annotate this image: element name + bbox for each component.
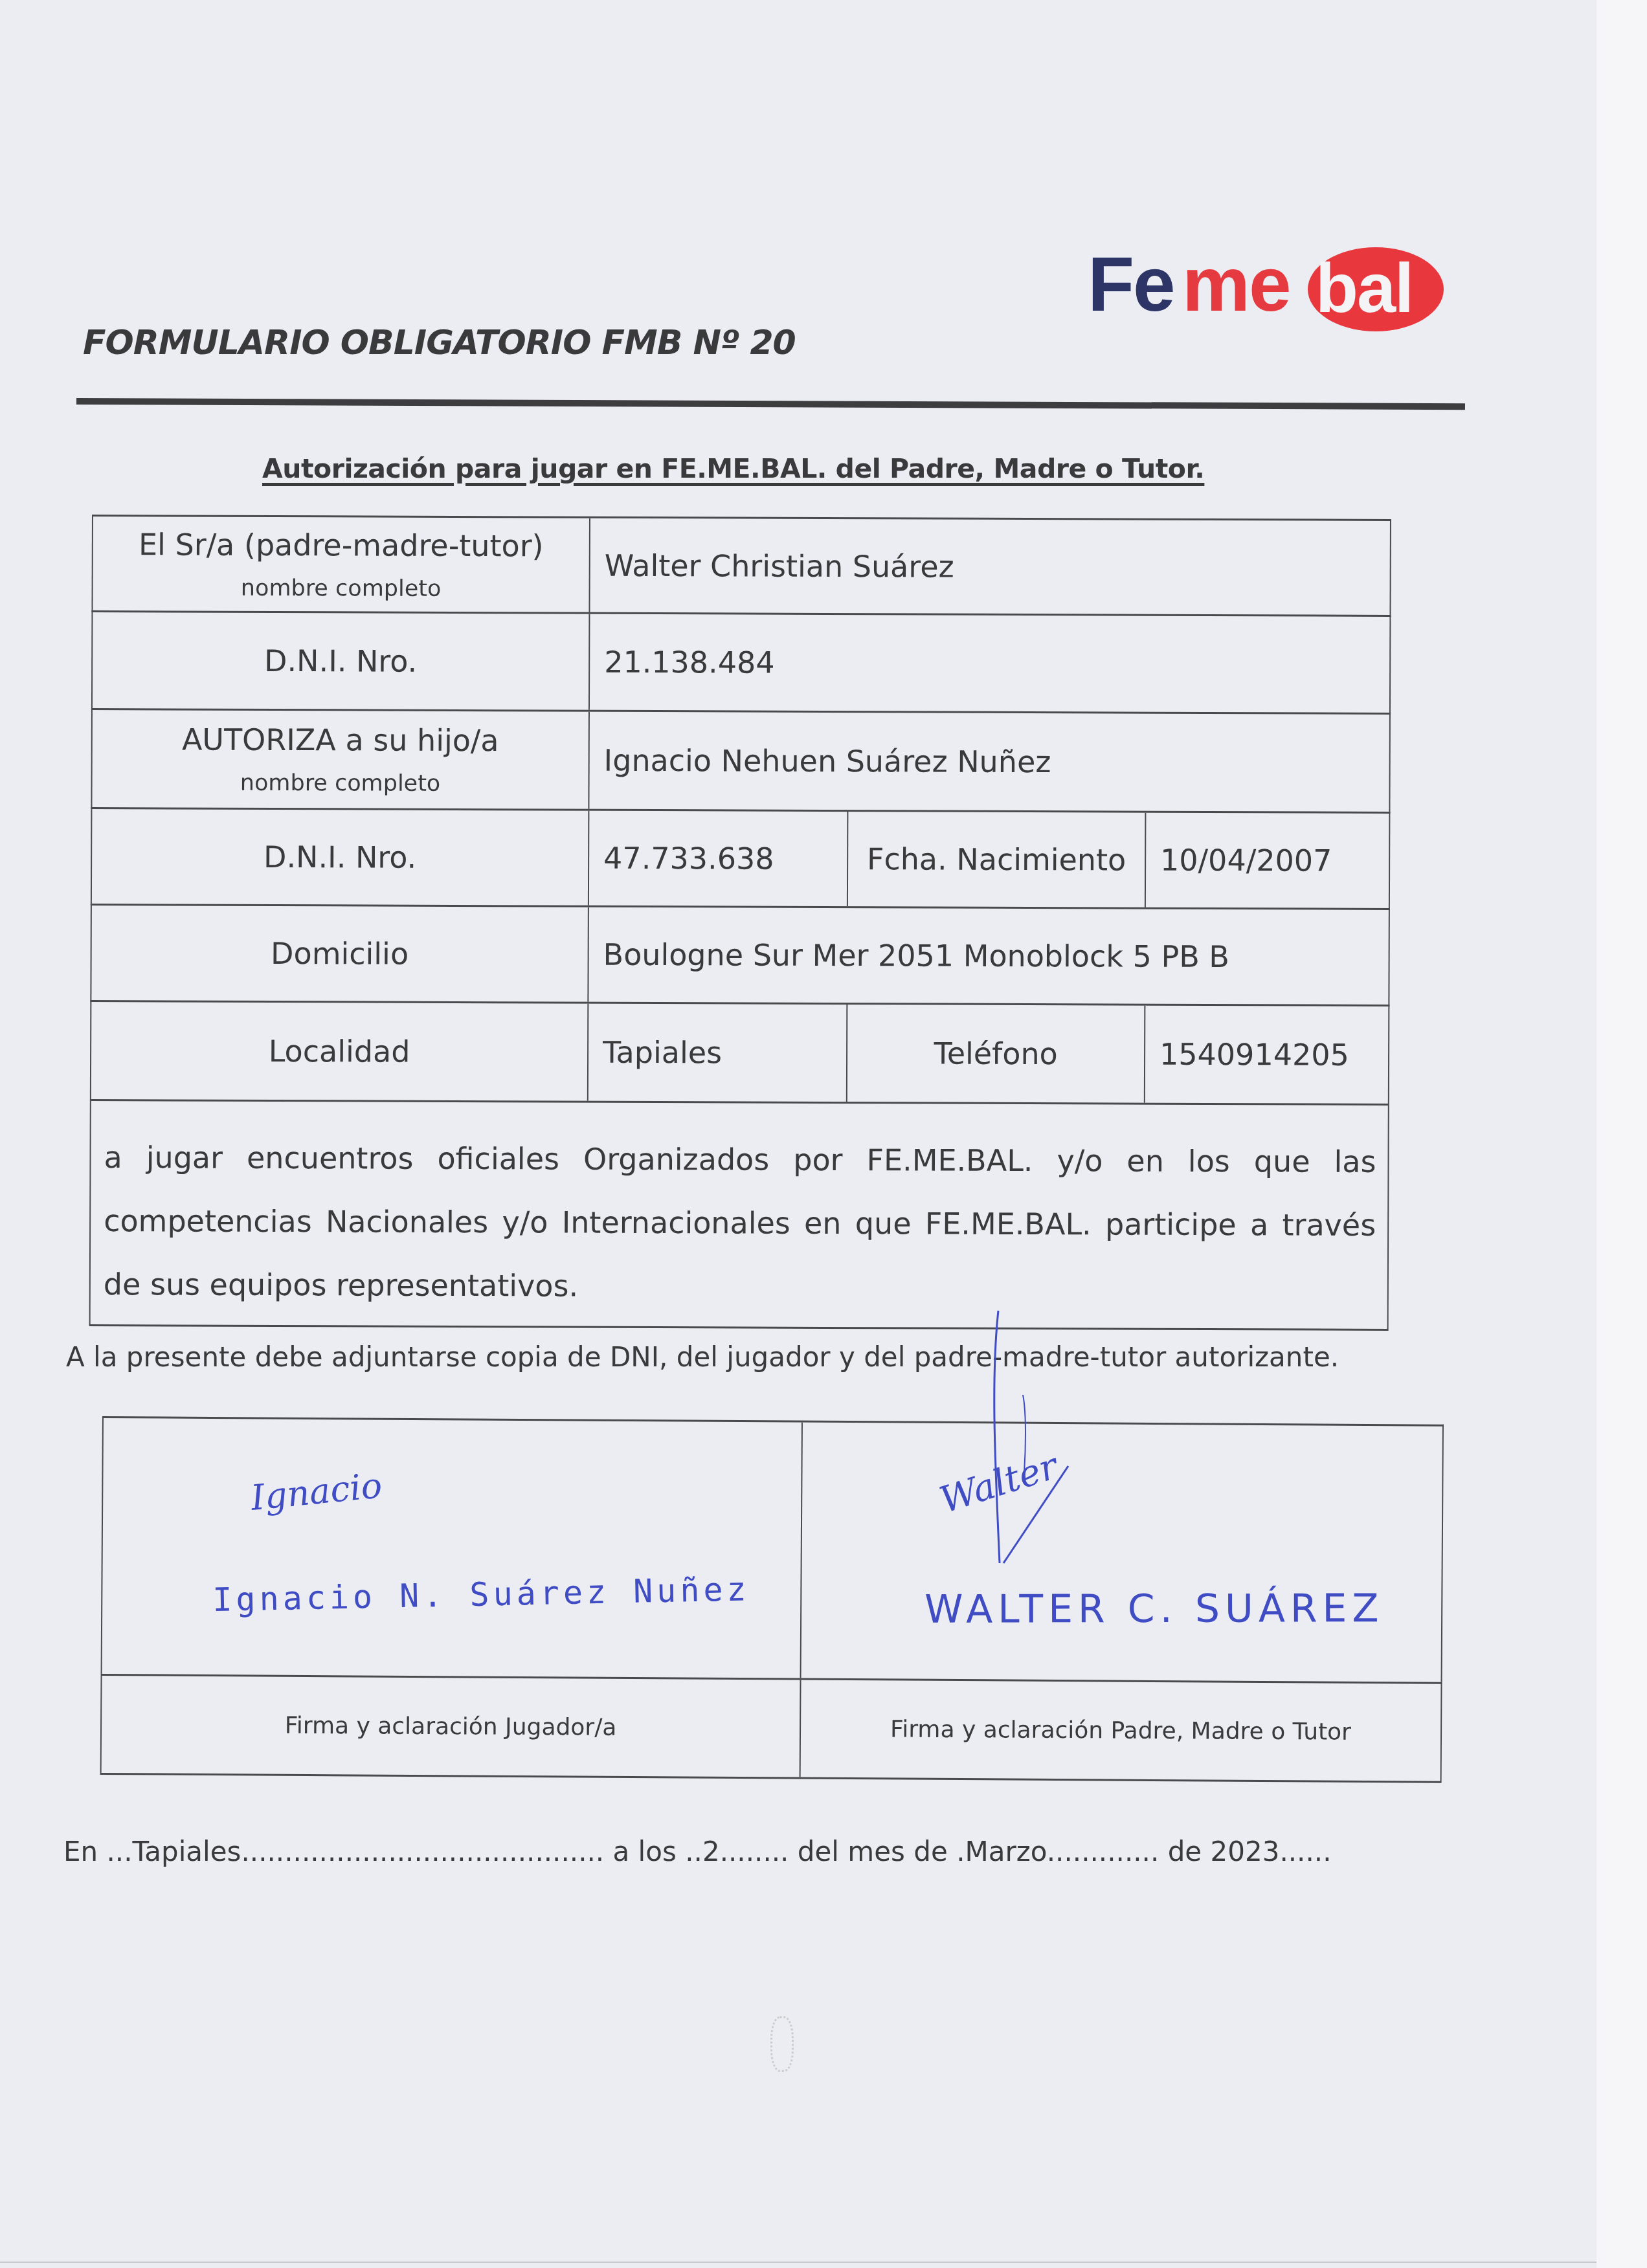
scan-bottom-edge [0,2262,1597,2263]
birth-date-label: Fcha. Nacimiento [848,812,1147,907]
child-label-cell: AUTORIZA a su hijo/a nombre completo [92,710,590,809]
guardian-name-field[interactable]: Walter Christian Suárez [590,518,1389,615]
locality-label: Localidad [91,1002,589,1101]
player-caption: Firma y aclaración Jugador/a [102,1676,800,1777]
form-title: FORMULARIO OBLIGATORIO FMB Nº 20 [83,324,796,362]
table-row-locality: Localidad Tapiales Teléfono 1540914205 [90,1000,1390,1104]
birth-date-field[interactable]: 10/04/2007 [1146,813,1389,908]
place-date-line: En ...Tapiales..........................… [63,1836,1332,1867]
player-caption-cell: Firma y aclaración Jugador/a [102,1676,801,1777]
phone-label: Teléfono [847,1005,1146,1103]
guardian-caption: Firma y aclaración Padre, Madre o Tutor [801,1680,1441,1781]
table-row-address: Domicilio Boulogne Sur Mer 2051 Monobloc… [90,904,1390,1005]
table-row-child-dni: D.N.I. Nro. 47.733.638 Fcha. Nacimiento … [91,807,1391,908]
player-signature-area[interactable]: Ignacio Ignacio N. Suárez Nuñez [102,1418,803,1678]
scan-smudge [770,2016,794,2072]
authorization-paragraph: a jugar encuentros oficiales Organizados… [91,1101,1388,1329]
child-dni-label: D.N.I. Nro. [92,809,590,906]
authorization-table: El Sr/a (padre-madre-tutor) nombre compl… [89,515,1391,1331]
signature-row: Ignacio Ignacio N. Suárez Nuñez Walter W… [101,1416,1444,1682]
guardian-caption-cell: Firma y aclaración Padre, Madre o Tutor [801,1680,1441,1781]
caption-row: Firma y aclaración Jugador/a Firma y acl… [100,1674,1442,1783]
child-sublabel: nombre completo [240,770,441,797]
guardian-label: El Sr/a (padre-madre-tutor) [139,527,544,563]
signature-pen-stroke-icon [984,1304,1088,1576]
guardian-signature-area[interactable]: Walter WALTER C. SUÁREZ [801,1423,1442,1682]
signature-table: Ignacio Ignacio N. Suárez Nuñez Walter W… [100,1416,1444,1783]
table-row-child: AUTORIZA a su hijo/a nombre completo Ign… [91,708,1391,812]
guardian-dni-field[interactable]: 21.138.484 [590,614,1390,713]
logo-text-me: me [1182,239,1290,330]
guardian-dni-label: D.N.I. Nro. [93,612,590,710]
table-row-guardian: El Sr/a (padre-madre-tutor) nombre compl… [91,515,1391,615]
locality-field[interactable]: Tapiales [588,1004,848,1102]
child-name-field[interactable]: Ignacio Nehuen Suárez Nuñez [589,712,1389,812]
scan-edge-band [1597,0,1647,2268]
attachment-notice: A la presente debe adjuntarse copia de D… [66,1341,1339,1373]
form-subtitle: Autorización para jugar en FE.ME.BAL. de… [262,453,1204,484]
table-row-paragraph: a jugar encuentros oficiales Organizados… [89,1099,1389,1331]
guardian-printed-name: WALTER C. SUÁREZ [924,1586,1384,1632]
child-label: AUTORIZA a su hijo/a [182,722,499,758]
address-label: Domicilio [91,906,589,1002]
guardian-sublabel: nombre completo [241,575,442,601]
player-printed-name: Ignacio N. Suárez Nuñez [212,1570,750,1619]
player-signature: Ignacio [249,1465,384,1518]
address-field[interactable]: Boulogne Sur Mer 2051 Monoblock 5 PB B [588,907,1389,1005]
child-dni-field[interactable]: 47.733.638 [589,811,849,906]
guardian-label-cell: El Sr/a (padre-madre-tutor) nombre compl… [93,517,590,612]
logo-text-bal: bal [1316,239,1413,337]
femebal-logo: Fe me bal [1088,239,1450,330]
phone-field[interactable]: 1540914205 [1145,1006,1389,1104]
table-row-guardian-dni: D.N.I. Nro. 21.138.484 [91,610,1391,713]
title-divider [76,398,1465,410]
logo-text-fe: Fe [1088,239,1174,330]
